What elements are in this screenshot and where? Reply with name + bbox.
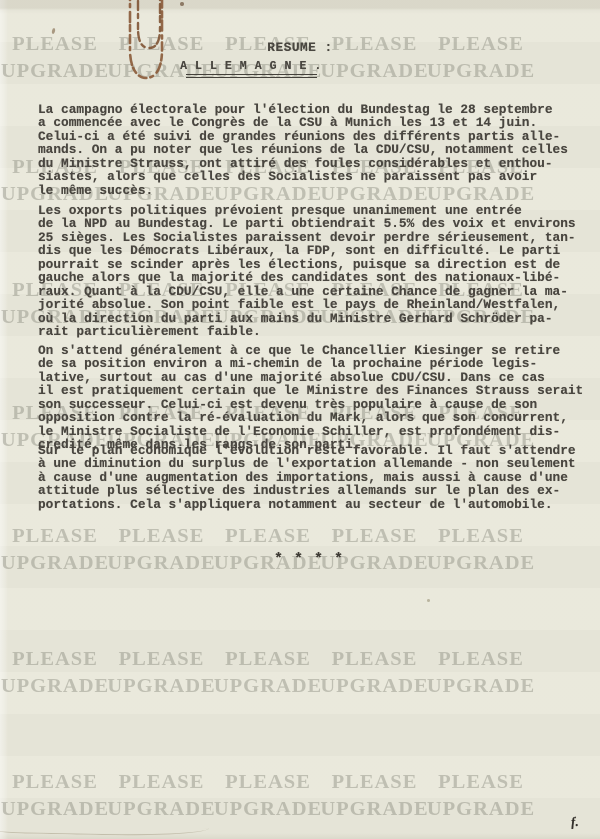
watermark-word-please: PLEASE (0, 649, 110, 669)
watermark-cell: PLEASEUPGRADE (213, 772, 323, 819)
watermark-word-upgrade: UPGRADE (107, 553, 217, 573)
watermark-cell: PLEASEUPGRADE (107, 772, 217, 819)
watermark-word-please: PLEASE (0, 526, 110, 546)
watermark-word-please: PLEASE (213, 772, 323, 792)
watermark-cell: PLEASEUPGRADE (320, 649, 430, 696)
watermark-word-upgrade: UPGRADE (107, 799, 217, 819)
watermark-word-please: PLEASE (320, 772, 430, 792)
page-mark: f. (570, 814, 579, 830)
subtitle-underline (186, 74, 317, 78)
watermark-word-upgrade: UPGRADE (213, 799, 323, 819)
watermark-cell: PLEASEUPGRADE (426, 526, 536, 573)
ink-speck (427, 599, 430, 602)
asterisk-separator: * * * * (274, 551, 344, 568)
watermark-word-upgrade: UPGRADE (213, 676, 323, 696)
document-title: RESUME : (0, 41, 600, 54)
watermark-word-upgrade: UPGRADE (0, 676, 110, 696)
body-paragraph-4: Sur le plan économique l'évolution reste… (38, 444, 593, 511)
watermark-cell: PLEASEUPGRADE (213, 649, 323, 696)
watermark-word-upgrade: UPGRADE (107, 676, 217, 696)
watermark-word-upgrade: UPGRADE (0, 799, 110, 819)
watermark-word-please: PLEASE (213, 649, 323, 669)
watermark-cell: PLEASEUPGRADE (107, 526, 217, 573)
watermark-cell: PLEASEUPGRADE (0, 649, 110, 696)
watermark-word-upgrade: UPGRADE (320, 799, 430, 819)
watermark-word-please: PLEASE (0, 772, 110, 792)
watermark-word-upgrade: UPGRADE (426, 799, 536, 819)
watermark-word-please: PLEASE (107, 649, 217, 669)
watermark-cell: PLEASEUPGRADE (0, 772, 110, 819)
watermark-word-upgrade: UPGRADE (0, 553, 110, 573)
body-paragraph-3: On s'attend généralement à ce que le Cha… (38, 344, 593, 452)
body-paragraph-2: Les oxports politiques prévoient presque… (38, 204, 593, 339)
watermark-cell: PLEASEUPGRADE (426, 649, 536, 696)
watermark-cell: PLEASEUPGRADE (0, 526, 110, 573)
ink-speck (180, 2, 184, 6)
watermark-word-please: PLEASE (107, 772, 217, 792)
body-paragraph-1: La campagno électorale pour l'élection d… (38, 103, 593, 197)
watermark-word-please: PLEASE (426, 772, 536, 792)
watermark-cell: PLEASEUPGRADE (320, 772, 430, 819)
document-subtitle: A L L E M A G N E . (0, 60, 502, 73)
watermark-word-upgrade: UPGRADE (426, 676, 536, 696)
watermark-word-please: PLEASE (107, 526, 217, 546)
watermark-word-please: PLEASE (320, 526, 430, 546)
paper-crease (0, 824, 209, 837)
document-page: PLEASEUPGRADEPLEASEUPGRADEPLEASEUPGRADEP… (0, 0, 600, 839)
ink-speck (51, 28, 55, 35)
watermark-word-please: PLEASE (426, 649, 536, 669)
watermark-cell: PLEASEUPGRADE (107, 649, 217, 696)
watermark-word-please: PLEASE (426, 526, 536, 546)
watermark-word-please: PLEASE (213, 526, 323, 546)
watermark-cell: PLEASEUPGRADE (426, 772, 536, 819)
watermark-word-please: PLEASE (320, 649, 430, 669)
watermark-word-upgrade: UPGRADE (320, 676, 430, 696)
watermark-word-upgrade: UPGRADE (426, 553, 536, 573)
